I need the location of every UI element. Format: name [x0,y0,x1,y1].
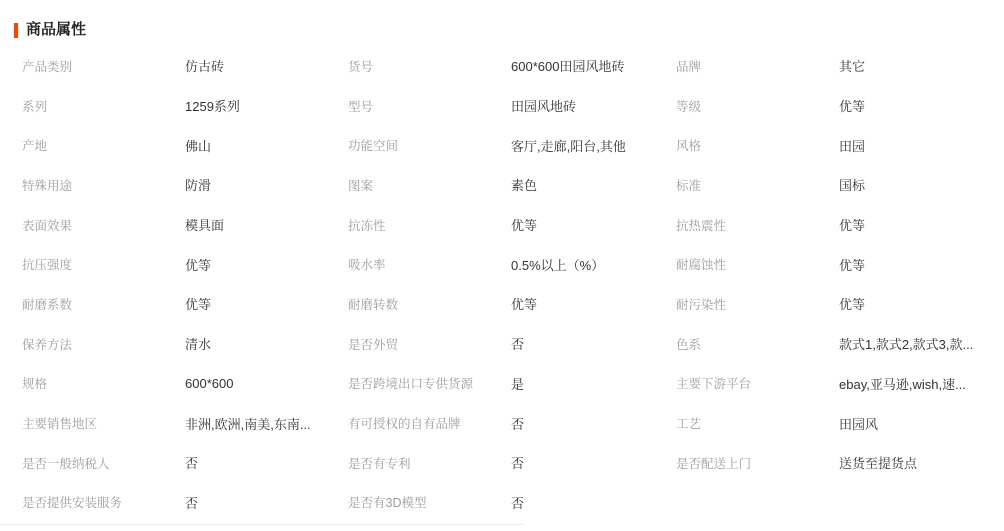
attribute-value: 否 [185,453,348,472]
attribute-value: 其它 [839,56,1004,75]
attribute-value: 600*600田园风地砖 [511,56,676,75]
attribute-value: 600*600 [185,376,348,391]
attribute-value: 0.5%以上（%） [511,255,676,274]
product-attributes-panel: 商品属性 产品类别仿古砖货号600*600田园风地砖品牌其它系列1259系列型号… [0,0,1004,531]
attribute-value: 优等 [185,294,348,313]
attribute-label: 是否提供安装服务 [22,493,185,511]
attribute-value: 是 [511,374,676,393]
attribute-label: 耐腐蚀性 [676,255,839,273]
attribute-cell: 色系款式1,款式2,款式3,款... [676,324,1004,364]
attribute-label: 耐磨转数 [348,295,511,313]
attribute-value: 优等 [839,255,1004,274]
attribute-label: 是否有专利 [348,454,511,472]
attribute-value: 田园风 [839,414,1004,433]
attribute-value: 优等 [839,96,1004,115]
attribute-cell: 特殊用途防滑 [22,165,348,205]
bottom-divider [0,524,523,525]
attribute-value: 否 [511,414,676,433]
attribute-cell [676,483,1004,523]
attribute-cell: 是否有3D模型否 [348,483,676,523]
attribute-label: 特殊用途 [22,176,185,194]
attribute-cell: 有可授权的自有品牌否 [348,403,676,443]
attribute-value: 仿古砖 [185,56,348,75]
attribute-cell: 耐污染性优等 [676,284,1004,324]
attribute-value: 国标 [839,175,1004,194]
attribute-label: 是否有3D模型 [348,493,511,511]
attribute-value: 田园 [839,136,1004,155]
page-title: 商品属性 [26,22,86,38]
attribute-cell: 耐磨系数优等 [22,284,348,324]
attribute-cell: 是否有专利否 [348,443,676,483]
attribute-label: 抗热震性 [676,216,839,234]
attribute-cell: 耐腐蚀性优等 [676,244,1004,284]
attribute-cell: 产品类别仿古砖 [22,46,348,86]
attribute-cell: 风格田园 [676,125,1004,165]
attribute-cell: 是否跨境出口专供货源是 [348,364,676,404]
attribute-value: 非洲,欧洲,南美,东南... [185,414,348,433]
attribute-cell: 主要销售地区非洲,欧洲,南美,东南... [22,403,348,443]
attribute-label: 抗压强度 [22,255,185,273]
accent-bar-icon [14,23,18,38]
attribute-label: 是否配送上门 [676,454,839,472]
attribute-cell: 产地佛山 [22,125,348,165]
attribute-label: 色系 [676,335,839,353]
attribute-cell: 图案素色 [348,165,676,205]
attribute-label: 风格 [676,136,839,154]
attribute-label: 产地 [22,136,185,154]
attribute-label: 耐磨系数 [22,295,185,313]
attribute-cell: 系列1259系列 [22,86,348,126]
attribute-value: 素色 [511,175,676,194]
attribute-value: 否 [511,453,676,472]
attribute-label: 是否一般纳税人 [22,454,185,472]
attribute-cell: 抗冻性优等 [348,205,676,245]
attribute-cell: 规格600*600 [22,364,348,404]
attribute-cell: 抗热震性优等 [676,205,1004,245]
attribute-label: 系列 [22,97,185,115]
attribute-value: 优等 [511,215,676,234]
attribute-label: 货号 [348,57,511,75]
attribute-value: 否 [185,493,348,512]
attribute-cell: 是否外贸否 [348,324,676,364]
attribute-label: 图案 [348,176,511,194]
attribute-label: 标准 [676,176,839,194]
attribute-cell: 是否一般纳税人否 [22,443,348,483]
attribute-cell: 抗压强度优等 [22,244,348,284]
attribute-label: 功能空间 [348,136,511,154]
attribute-cell: 等级优等 [676,86,1004,126]
attribute-label: 耐污染性 [676,295,839,313]
attribute-value: 田园风地砖 [511,96,676,115]
attribute-value: 优等 [839,215,1004,234]
attribute-label: 是否跨境出口专供货源 [348,374,511,392]
attribute-value: 清水 [185,334,348,353]
attribute-value: 客厅,走廊,阳台,其他 [511,136,676,155]
attribute-label: 型号 [348,97,511,115]
attribute-cell: 表面效果模具面 [22,205,348,245]
attribute-label: 工艺 [676,414,839,432]
attribute-value: 款式1,款式2,款式3,款... [839,334,1004,353]
attribute-label: 抗冻性 [348,216,511,234]
attribute-value: 优等 [185,255,348,274]
attribute-label: 品牌 [676,57,839,75]
attribute-value: 优等 [839,294,1004,313]
attribute-cell: 货号600*600田园风地砖 [348,46,676,86]
section-header: 商品属性 [0,0,1004,38]
attribute-cell: 是否提供安装服务否 [22,483,348,523]
attribute-cell: 主要下游平台ebay,亚马逊,wish,速... [676,364,1004,404]
attribute-value: 送货至提货点 [839,453,1004,472]
attribute-cell: 工艺田园风 [676,403,1004,443]
attribute-value: 优等 [511,294,676,313]
attribute-value: 1259系列 [185,96,348,115]
attribute-label: 产品类别 [22,57,185,75]
attribute-label: 吸水率 [348,255,511,273]
attribute-value: 防滑 [185,175,348,194]
attribute-value: 模具面 [185,215,348,234]
attribute-label: 保养方法 [22,335,185,353]
attribute-cell: 型号田园风地砖 [348,86,676,126]
attribute-value: 否 [511,334,676,353]
attribute-label: 规格 [22,374,185,392]
attribute-value: 佛山 [185,136,348,155]
attribute-cell: 是否配送上门送货至提货点 [676,443,1004,483]
attribute-cell: 耐磨转数优等 [348,284,676,324]
attribute-label: 表面效果 [22,216,185,234]
attribute-label: 有可授权的自有品牌 [348,414,511,432]
attribute-cell: 品牌其它 [676,46,1004,86]
attribute-cell: 吸水率0.5%以上（%） [348,244,676,284]
attribute-label: 等级 [676,97,839,115]
attribute-cell: 功能空间客厅,走廊,阳台,其他 [348,125,676,165]
attribute-value: 否 [511,493,676,512]
attribute-cell: 保养方法清水 [22,324,348,364]
attribute-label: 主要销售地区 [22,414,185,432]
attribute-value: ebay,亚马逊,wish,速... [839,374,1004,393]
attributes-grid: 产品类别仿古砖货号600*600田园风地砖品牌其它系列1259系列型号田园风地砖… [22,46,1004,522]
attribute-cell: 标准国标 [676,165,1004,205]
attribute-label: 是否外贸 [348,335,511,353]
attribute-label: 主要下游平台 [676,374,839,392]
